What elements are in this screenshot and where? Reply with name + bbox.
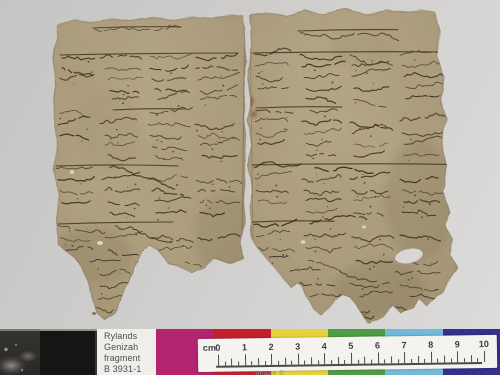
ruler-tick xyxy=(398,359,399,364)
ruler-tick xyxy=(278,360,279,365)
paper-debris-speck xyxy=(92,312,96,315)
ruler-tick xyxy=(457,351,458,362)
ruler-tick xyxy=(484,351,485,362)
ruler-tick xyxy=(418,356,419,363)
ruler-tick xyxy=(305,360,306,365)
cm-ruler: cm 012345678910 Image © xyxy=(198,335,497,372)
ruler-tick xyxy=(324,353,325,364)
label-shelfmark: B 3931-1 xyxy=(104,364,156,375)
ruler-tick xyxy=(285,358,286,365)
ruler-tick xyxy=(471,355,472,362)
ruler-tick xyxy=(344,359,345,364)
label-line-2: Genizah xyxy=(104,342,156,353)
ruler-tick xyxy=(338,357,339,364)
ruler-tick xyxy=(477,358,478,363)
ruler-tick xyxy=(311,357,312,364)
ruler-tick xyxy=(251,361,252,366)
ruler-tick xyxy=(271,354,272,365)
ruler-number: 5 xyxy=(345,341,357,351)
copyright-caption-partial: Image © xyxy=(255,369,284,375)
ruler-tick xyxy=(298,354,299,365)
ruler-number: 7 xyxy=(398,340,410,350)
ruler-tick xyxy=(291,360,292,365)
ruler-number: 3 xyxy=(292,342,304,352)
ruler-tick xyxy=(391,356,392,363)
ruler-number: 1 xyxy=(238,342,250,352)
ruler-number: 6 xyxy=(371,340,383,350)
ruler-tick xyxy=(411,359,412,364)
ruler-tick xyxy=(225,361,226,366)
ruler-tick xyxy=(331,360,332,365)
ruler-number: 4 xyxy=(318,341,330,351)
leaf-left-surface xyxy=(45,5,255,330)
ruler-tick xyxy=(258,358,259,365)
ruler-tick xyxy=(245,354,246,365)
ruler-tick xyxy=(318,360,319,365)
grayscale-patch-textured xyxy=(0,329,40,375)
ruler-tick xyxy=(431,352,432,363)
ruler-tick xyxy=(371,359,372,364)
label-line-1: Rylands xyxy=(104,331,156,342)
ruler-number: 0 xyxy=(212,343,224,353)
ruler-tick xyxy=(437,358,438,363)
ruler-number: 8 xyxy=(425,340,437,350)
ruler-number: 10 xyxy=(478,339,490,349)
ruler-tick xyxy=(451,358,452,363)
label-line-3: fragment xyxy=(104,353,156,364)
ruler-number: 2 xyxy=(265,342,277,352)
ruler-tick xyxy=(424,358,425,363)
digitized-manuscript-photo: { "photo": { "subject": "Torn two-leaf p… xyxy=(0,0,500,375)
ruler-tick xyxy=(238,361,239,366)
paper-debris-speck xyxy=(362,313,367,316)
ruler-tick xyxy=(384,359,385,364)
ruler-tick xyxy=(378,352,379,363)
ruler-tick xyxy=(265,361,266,366)
leaf-right-surface xyxy=(245,0,500,330)
ruler-tick xyxy=(218,355,219,366)
grayscale-patch-black xyxy=(40,329,97,375)
ruler-tick xyxy=(364,357,365,364)
photographic-scale-bar: Rylands Genizah fragment B 3931-1 cm 012… xyxy=(0,329,500,375)
ruler-tick xyxy=(444,356,445,363)
ruler-tick xyxy=(358,359,359,364)
ruler-tick xyxy=(404,352,405,363)
fragment-label-card: Rylands Genizah fragment B 3931-1 xyxy=(97,329,156,375)
ruler-tick xyxy=(351,353,352,364)
ruler-tick xyxy=(464,358,465,363)
manuscript-fragment xyxy=(0,0,500,375)
photograph-background xyxy=(0,0,500,375)
ruler-tick xyxy=(231,359,232,366)
ruler-number: 9 xyxy=(451,339,463,349)
ruler-baseline xyxy=(216,362,482,367)
